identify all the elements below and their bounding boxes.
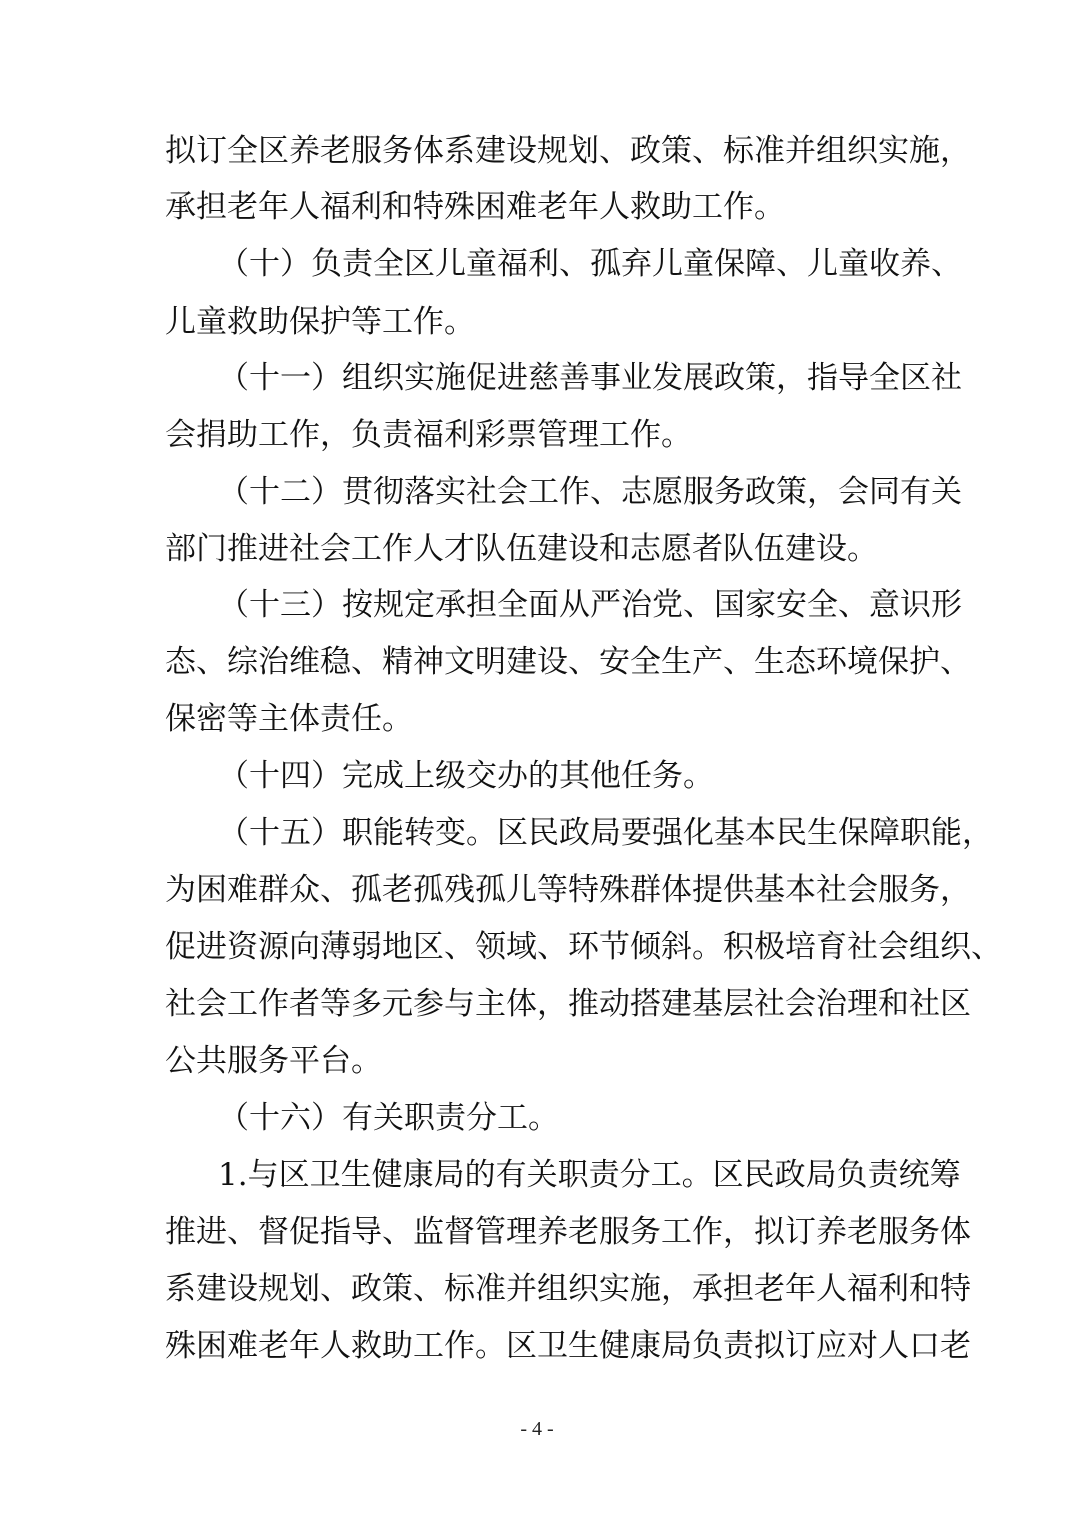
text-line: 儿童救助保护等工作。 xyxy=(165,302,915,342)
text-line: 促进资源向薄弱地区、领域、环节倾斜。积极培育社会组织、 xyxy=(165,927,915,967)
text-line: 系建设规划、政策、标准并组织实施，承担老年人福利和特 xyxy=(165,1269,915,1309)
page-number: - 4 - xyxy=(0,1418,1074,1441)
section-10-heading-line: （十）负责全区儿童福利、孤弃儿童保障、儿童收养、 xyxy=(218,244,915,284)
text-line: 承担老年人福利和特殊困难老年人救助工作。 xyxy=(165,187,915,227)
text-line: 态、综治维稳、精神文明建设、安全生产、生态环境保护、 xyxy=(165,642,915,682)
document-page: 拟订全区养老服务体系建设规划、政策、标准并组织实施， 承担老年人福利和特殊困难老… xyxy=(0,0,1074,1520)
text-line: 殊困难老年人救助工作。区卫生健康局负责拟订应对人口老 xyxy=(165,1326,915,1366)
text-line: 部门推进社会工作人才队伍建设和志愿者队伍建设。 xyxy=(165,529,915,569)
section-13-heading-line: （十三）按规定承担全面从严治党、国家安全、意识形 xyxy=(218,585,915,625)
section-11-heading-line: （十一）组织实施促进慈善事业发展政策，指导全区社 xyxy=(218,358,915,398)
text-line: 保密等主体责任。 xyxy=(165,699,915,739)
section-12-heading-line: （十二）贯彻落实社会工作、志愿服务政策，会同有关 xyxy=(218,472,915,512)
section-16-heading-line: （十六）有关职责分工。 xyxy=(218,1098,915,1138)
text-line: 拟订全区养老服务体系建设规划、政策、标准并组织实施， xyxy=(165,131,915,171)
text-line: 社会工作者等多元参与主体，推动搭建基层社会治理和社区 xyxy=(165,984,915,1024)
text-line: 推进、督促指导、监督管理养老服务工作，拟订养老服务体 xyxy=(165,1212,915,1252)
section-15-heading-line: （十五）职能转变。区民政局要强化基本民生保障职能， xyxy=(218,813,915,853)
text-line: 公共服务平台。 xyxy=(165,1041,915,1081)
item-1-heading-line: 1.与区卫生健康局的有关职责分工。区民政局负责统筹 xyxy=(218,1155,915,1195)
text-line: 会捐助工作，负责福利彩票管理工作。 xyxy=(165,415,915,455)
text-line: 为困难群众、孤老孤残孤儿等特殊群体提供基本社会服务， xyxy=(165,870,915,910)
section-14-heading-line: （十四）完成上级交办的其他任务。 xyxy=(218,756,915,796)
